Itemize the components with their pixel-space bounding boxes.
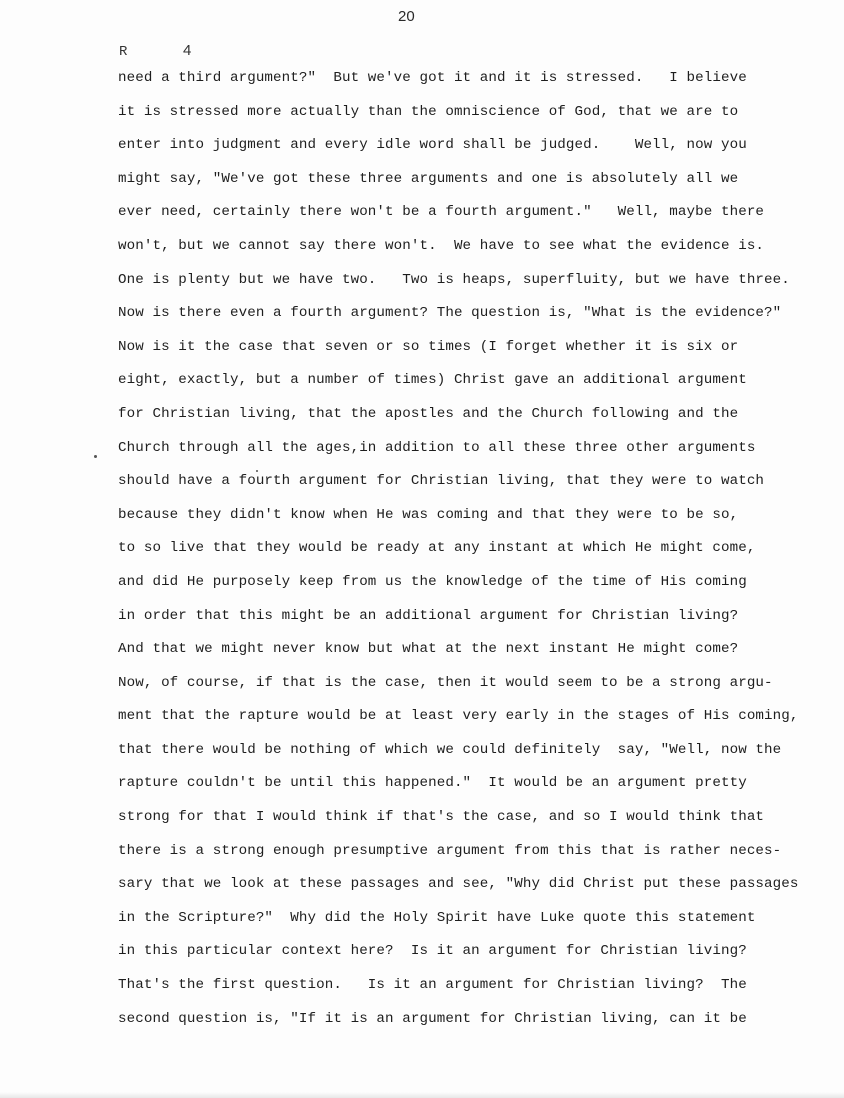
text-line: Now is it the case that seven or so time… <box>118 336 818 370</box>
document-page: 20 R 4 need a third argument?" But we've… <box>0 0 844 1098</box>
text-line: One is plenty but we have two. Two is he… <box>118 269 818 303</box>
text-line: and did He purposely keep from us the kn… <box>118 571 818 605</box>
text-line: might say, "We've got these three argume… <box>118 168 818 202</box>
text-line: Now is there even a fourth argument? The… <box>118 302 818 336</box>
text-line: And that we might never know but what at… <box>118 638 818 672</box>
section-marker: R <box>119 44 127 60</box>
text-line: rapture couldn't be until this happened.… <box>118 772 818 806</box>
text-line: sary that we look at these passages and … <box>118 873 818 907</box>
text-line: for Christian living, that the apostles … <box>118 403 818 437</box>
body-text: need a third argument?" But we've got it… <box>118 67 818 1041</box>
page-number: 20 <box>398 8 415 25</box>
section-number: 4 <box>183 42 191 59</box>
text-line: won't, but we cannot say there won't. We… <box>118 235 818 269</box>
text-line: Church through all the ages,in addition … <box>118 437 818 471</box>
text-line: ment that the rapture would be at least … <box>118 705 818 739</box>
text-line: in the Scripture?" Why did the Holy Spir… <box>118 907 818 941</box>
text-line: That's the first question. Is it an argu… <box>118 974 818 1008</box>
text-line: in this particular context here? Is it a… <box>118 940 818 974</box>
text-line: because they didn't know when He was com… <box>118 504 818 538</box>
text-line: should have a fourth argument for Christ… <box>118 470 818 504</box>
text-line: second question is, "If it is an argumen… <box>118 1008 818 1042</box>
text-line: Now, of course, if that is the case, the… <box>118 672 818 706</box>
text-line: in order that this might be an additiona… <box>118 605 818 639</box>
text-line: enter into judgment and every idle word … <box>118 134 818 168</box>
scan-speck <box>256 470 258 472</box>
scan-speck <box>94 455 97 458</box>
text-line: eight, exactly, but a number of times) C… <box>118 369 818 403</box>
text-line: there is a strong enough presumptive arg… <box>118 840 818 874</box>
scan-edge <box>0 1092 844 1098</box>
text-line: that there would be nothing of which we … <box>118 739 818 773</box>
text-line: it is stressed more actually than the om… <box>118 101 818 135</box>
text-line: strong for that I would think if that's … <box>118 806 818 840</box>
text-line: ever need, certainly there won't be a fo… <box>118 201 818 235</box>
text-line: to so live that they would be ready at a… <box>118 537 818 571</box>
text-line: need a third argument?" But we've got it… <box>118 67 818 101</box>
